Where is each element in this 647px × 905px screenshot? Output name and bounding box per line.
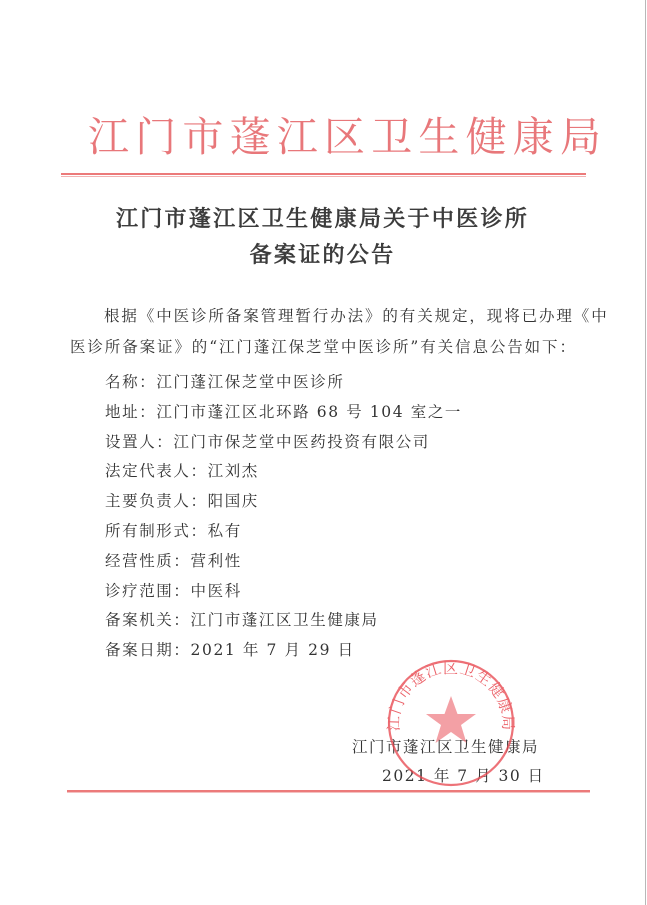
body-paragraph-line2: 医诊所备案证》的“江门蓬江保芝堂中医诊所”有关信息公告如下：: [70, 332, 590, 363]
signature-date: 2021 年 7 月 30 日: [382, 764, 545, 786]
field-filing-authority: 备案机关：江门市蓬江区卫生健康局: [105, 610, 462, 640]
field-value: 江门市蓬江区北环路 68 号 104 室之一: [156, 403, 462, 421]
field-label: 所有制形式：: [105, 522, 208, 540]
field-principal: 主要负责人：阳国庆: [105, 491, 462, 521]
signature-org: 江门市蓬江区卫生健康局: [352, 735, 539, 757]
field-address: 地址：江门市蓬江区北环路 68 号 104 室之一: [105, 402, 462, 432]
field-scope: 诊疗范围：中医科: [105, 581, 462, 611]
field-value: 江门蓬江保芝堂中医诊所: [156, 373, 344, 391]
field-label: 诊疗范围：: [105, 582, 191, 600]
field-value: 2021 年 7 月 29 日: [191, 641, 355, 659]
field-value: 营利性: [191, 552, 242, 570]
field-filing-date: 备案日期：2021 年 7 月 29 日: [105, 640, 462, 670]
field-label: 备案机关：: [105, 611, 191, 629]
document-page: 江门市蓬江区卫生健康局 江门市蓬江区卫生健康局关于中医诊所 备案证的公告 根据《…: [0, 0, 646, 905]
field-ownership: 所有制形式：私有: [105, 521, 462, 551]
field-label: 经营性质：: [105, 552, 191, 570]
field-label: 地址：: [105, 403, 156, 421]
field-label: 设置人：: [105, 433, 173, 451]
field-label: 备案日期：: [105, 641, 191, 659]
field-value: 江门市保芝堂中医药投资有限公司: [173, 433, 430, 451]
field-value: 江门市蓬江区卫生健康局: [191, 611, 379, 629]
field-label: 名称：: [105, 373, 156, 391]
field-value: 中医科: [191, 582, 242, 600]
notice-title-line2: 备案证的公告: [60, 238, 585, 274]
field-value: 江刘杰: [208, 462, 259, 480]
field-label: 主要负责人：: [105, 492, 208, 510]
clinic-info-list: 名称：江门蓬江保芝堂中医诊所 地址：江门市蓬江区北环路 68 号 104 室之一…: [105, 372, 462, 670]
field-founder: 设置人：江门市保芝堂中医药投资有限公司: [105, 432, 462, 462]
field-legal-representative: 法定代表人：江刘杰: [105, 461, 462, 491]
footer-divider: [67, 790, 590, 793]
field-value: 阳国庆: [208, 492, 259, 510]
letterhead-title: 江门市蓬江区卫生健康局: [88, 112, 568, 162]
notice-title-line1: 江门市蓬江区卫生健康局关于中医诊所: [60, 202, 585, 238]
field-business-nature: 经营性质：营利性: [105, 551, 462, 581]
letterhead-divider: [61, 173, 586, 177]
field-value: 私有: [208, 522, 242, 540]
field-label: 法定代表人：: [105, 462, 208, 480]
field-name: 名称：江门蓬江保芝堂中医诊所: [105, 372, 462, 402]
body-paragraph-line1: 根据《中医诊所备案管理暂行办法》的有关规定，现将已办理《中: [104, 301, 624, 332]
